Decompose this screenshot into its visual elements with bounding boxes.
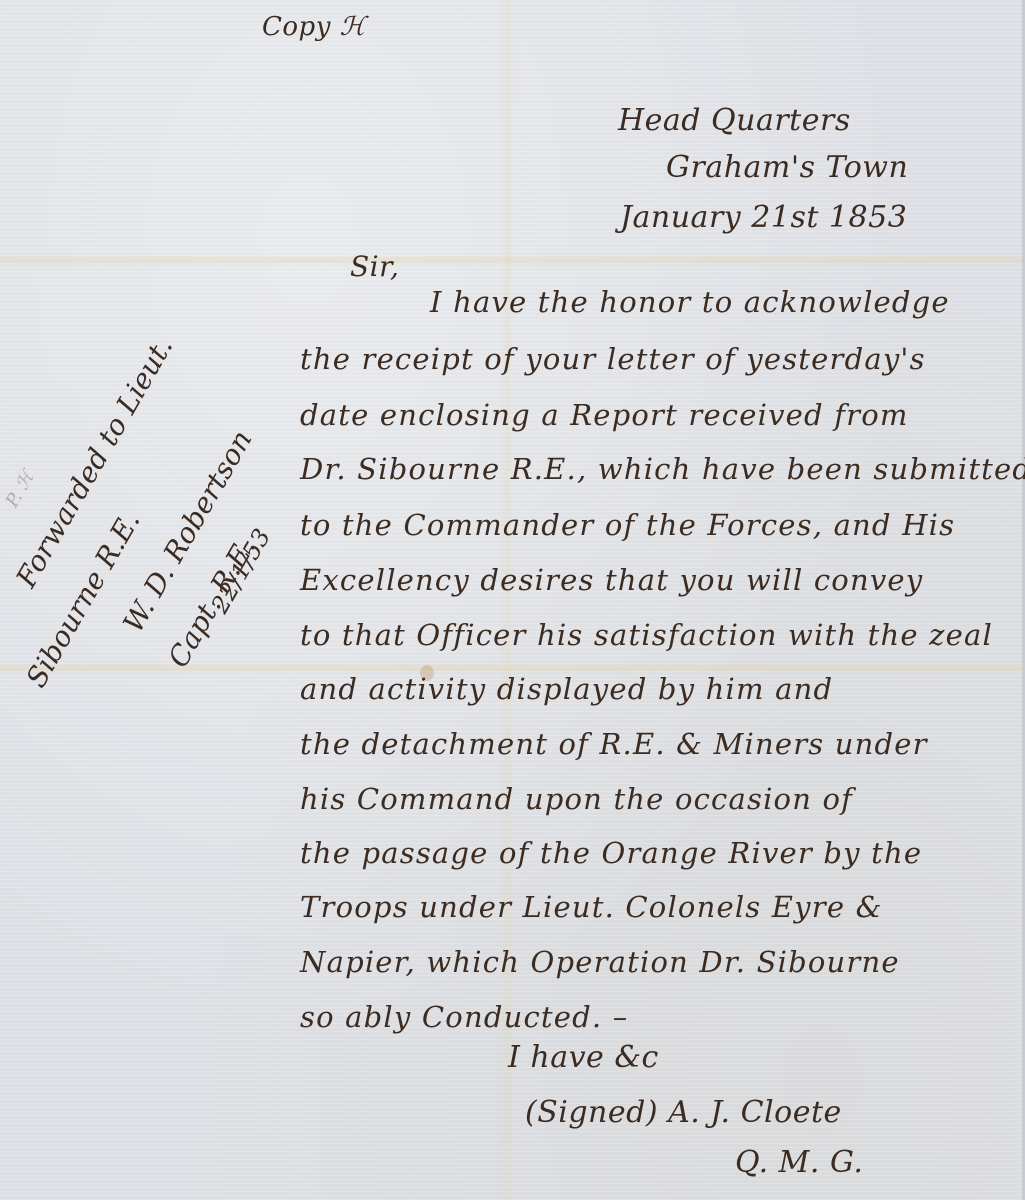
margin-pencil-initials: P. ℋ: [2, 468, 39, 511]
body-line: and activity displayed by him and: [300, 672, 833, 706]
body-line: the detachment of R.E. & Miners under: [300, 727, 928, 761]
letter-page: Copy ℋ Head Quarters Graham's Town Janua…: [0, 0, 1025, 1200]
body-line: Excellency desires that you will convey: [300, 563, 923, 597]
body-line: the passage of the Orange River by the: [300, 836, 922, 870]
heading-location: Head Quarters: [618, 103, 851, 138]
body-line: Napier, which Operation Dr. Sibourne: [300, 945, 900, 979]
body-line: to that Officer his satisfaction with th…: [300, 618, 993, 652]
body-line: Dr. Sibourne R.E., which have been submi…: [300, 452, 1025, 486]
copy-mark: Copy ℋ: [262, 12, 366, 42]
body-line: date enclosing a Report received from: [300, 398, 909, 432]
body-line: to the Commander of the Forces, and His: [300, 508, 955, 542]
signature: (Signed) A. J. Cloete: [525, 1095, 842, 1130]
body-line: the receipt of your letter of yesterday'…: [300, 342, 926, 376]
heading-town: Graham's Town: [666, 150, 908, 185]
salutation: Sir,: [350, 250, 399, 283]
body-line: his Command upon the occasion of: [300, 782, 853, 816]
heading-date: January 21st 1853: [620, 200, 907, 235]
body-line: I have the honor to acknowledge: [430, 285, 950, 319]
closing: I have &c: [508, 1040, 659, 1075]
signature-title: Q. M. G.: [735, 1145, 863, 1180]
body-line: so ably Conducted. –: [300, 1000, 628, 1034]
body-line: Troops under Lieut. Colonels Eyre &: [300, 890, 883, 924]
